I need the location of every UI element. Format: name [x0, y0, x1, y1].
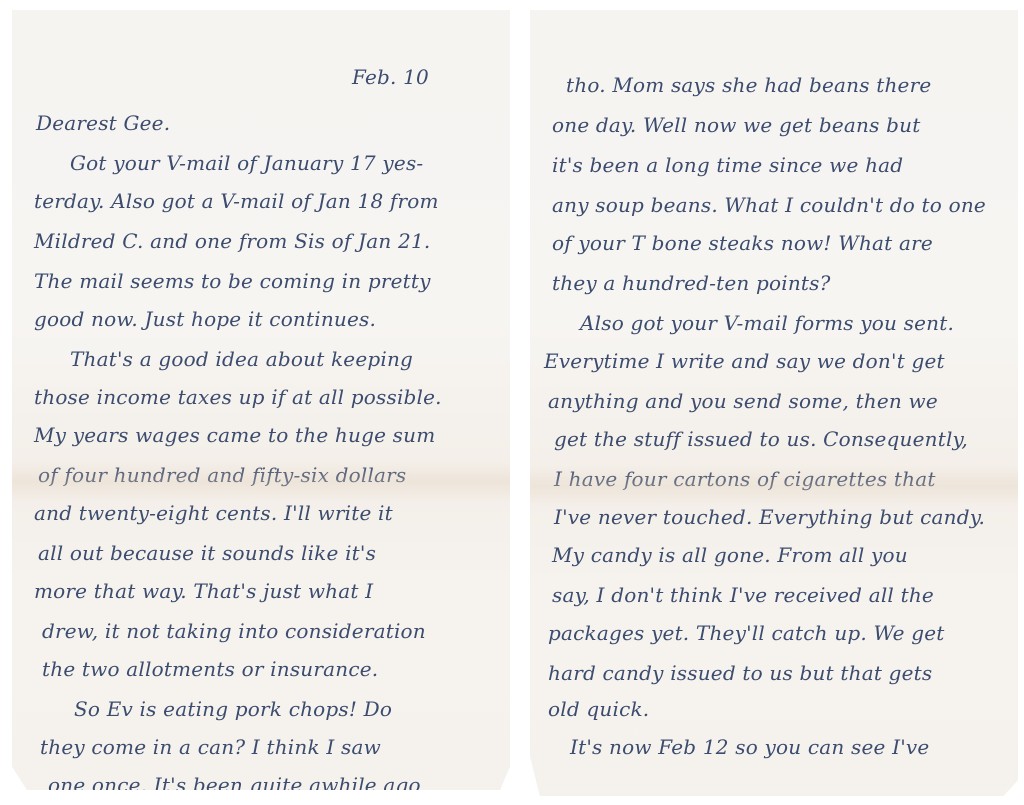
- letter-line: hard candy issued to us but that gets: [548, 654, 932, 692]
- letter-line: So Ev is eating pork chops! Do: [74, 690, 392, 728]
- letter-line: they a hundred-ten points?: [552, 264, 831, 302]
- letter-date: Feb. 10: [352, 58, 429, 96]
- letter-line: it's been a long time since we had: [552, 146, 903, 184]
- letter-line: all out because it sounds like it's: [38, 534, 376, 572]
- letter-line: My candy is all gone. From all you: [552, 536, 908, 574]
- letter-line: anything and you send some, then we: [548, 382, 938, 420]
- letter-line: Everytime I write and say we don't get: [544, 342, 945, 380]
- letter-line: packages yet. They'll catch up. We get: [548, 614, 945, 652]
- letter-line: more that way. That's just what I: [34, 572, 373, 610]
- letter-line: terday. Also got a V-mail of Jan 18 from: [34, 182, 439, 220]
- letter-line: drew, it not taking into consideration: [42, 612, 426, 650]
- letter-line: I've never touched. Everything but candy…: [554, 498, 985, 536]
- letter-line: tho. Mom says she had beans there: [566, 66, 931, 104]
- letter-line: one once. It's been quite awhile ago: [48, 766, 421, 790]
- letter-line: I have four cartons of cigarettes that: [554, 460, 936, 498]
- letter-line: It's now Feb 12 so you can see I've: [570, 728, 929, 766]
- letter-line: That's a good idea about keeping: [70, 340, 413, 378]
- letter-salutation: Dearest Gee.: [36, 104, 170, 142]
- letter-line: of your T bone steaks now! What are: [552, 224, 933, 262]
- letter-line: of four hundred and fifty-six dollars: [38, 456, 406, 494]
- letter-line: any soup beans. What I couldn't do to on…: [552, 186, 986, 224]
- letter-line: Got your V-mail of January 17 yes-: [70, 144, 423, 182]
- letter-line: Also got your V-mail forms you sent.: [580, 304, 954, 342]
- letter-scan: Feb. 10 Dearest Gee. Got your V-mail of …: [0, 0, 1024, 805]
- letter-page-right: tho. Mom says she had beans there one da…: [530, 10, 1018, 796]
- letter-line: Mildred C. and one from Sis of Jan 21.: [34, 222, 430, 260]
- letter-page-left: Feb. 10 Dearest Gee. Got your V-mail of …: [12, 10, 510, 790]
- letter-line: The mail seems to be coming in pretty: [34, 262, 431, 300]
- letter-line: good now. Just hope it continues.: [34, 300, 376, 338]
- letter-line: one day. Well now we get beans but: [552, 106, 920, 144]
- letter-line: and twenty-eight cents. I'll write it: [34, 494, 393, 532]
- letter-line: say, I don't think I've received all the: [552, 576, 934, 614]
- letter-line: the two allotments or insurance.: [42, 650, 378, 688]
- letter-line: those income taxes up if at all possible…: [34, 378, 442, 416]
- letter-line: My years wages came to the huge sum: [34, 416, 435, 454]
- letter-line: old quick.: [548, 690, 649, 728]
- letter-line: they come in a can? I think I saw: [40, 728, 381, 766]
- letter-line: get the stuff issued to us. Consequently…: [554, 420, 968, 458]
